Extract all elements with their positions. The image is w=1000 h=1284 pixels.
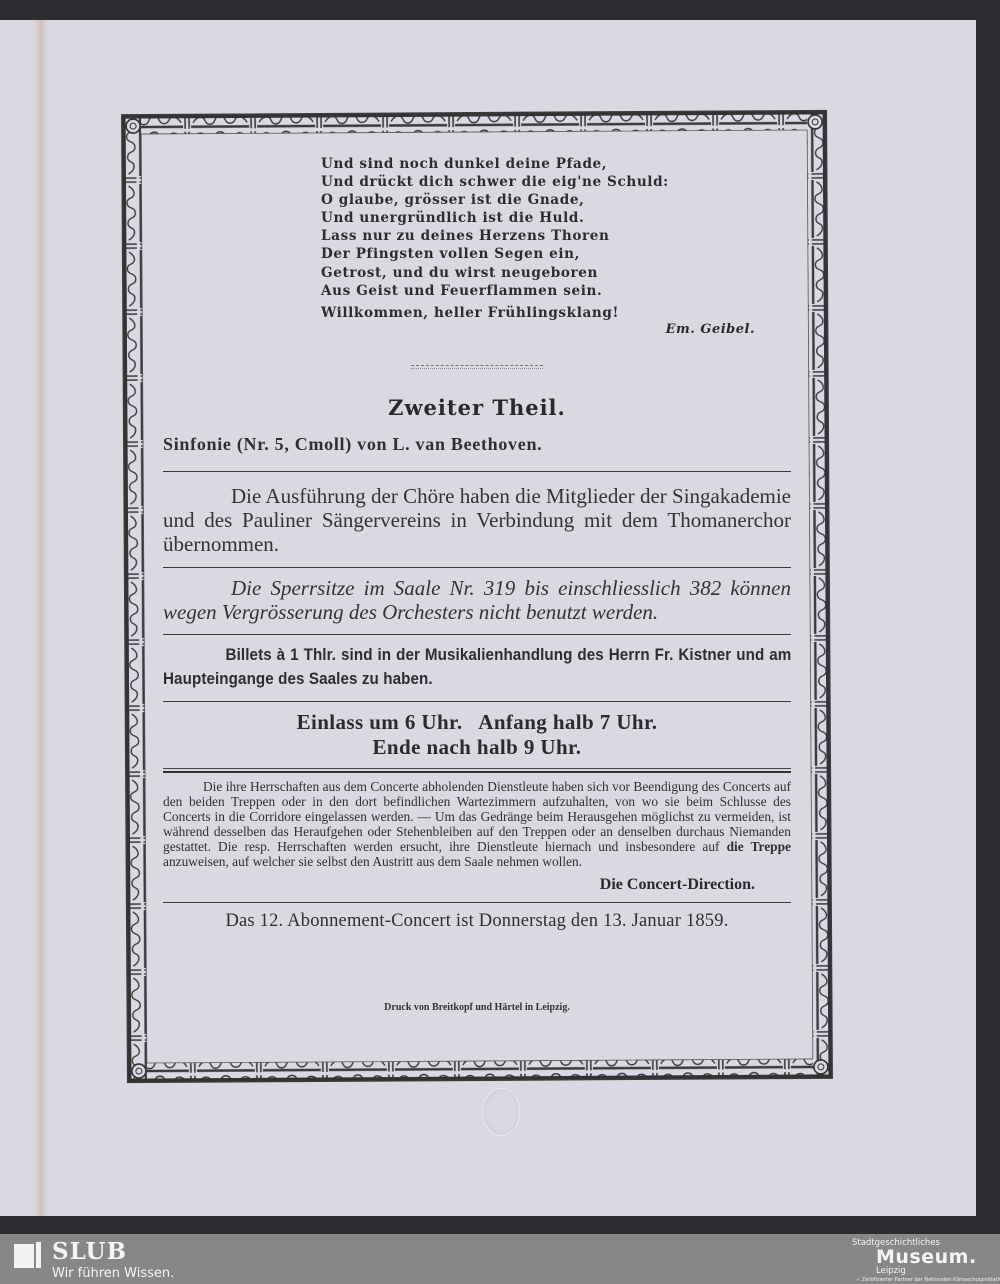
paper-fold-stain <box>34 20 48 1216</box>
slub-book-icon <box>14 1242 42 1268</box>
notice-text-end: anzuweisen, auf welcher sie selbst den A… <box>163 854 582 869</box>
section-divider <box>163 902 791 903</box>
section-divider <box>163 634 791 635</box>
notice-emphasis: die Treppe <box>727 839 791 854</box>
section-divider <box>163 701 791 702</box>
end-time: Ende nach halb 9 Uhr. <box>163 735 791 760</box>
viewer-footer: SLUB Wir führen Wissen. Stadtgeschichtli… <box>0 1234 1000 1284</box>
notice-text: Die ihre Herrschaften aus dem Concerte a… <box>163 779 791 854</box>
poem-line: Und sind noch dunkel deine Pfade, <box>321 155 791 173</box>
tickets-note: Billets à 1 Thlr. sind in der Musikalien… <box>163 643 791 691</box>
poem-line: Lass nur zu deines Herzens Thoren <box>321 227 791 245</box>
part-title: Zweiter Theil. <box>163 395 791 420</box>
double-divider <box>163 768 791 773</box>
slub-tagline: Wir führen Wissen. <box>52 1266 174 1281</box>
seats-note-text: Die Sperrsitze im Saale Nr. 319 bis eins… <box>163 576 791 624</box>
museum-certification: ✓ Zertifizierter Partner der Nationalen … <box>856 1277 1000 1283</box>
next-concert-announcement: Das 12. Abonnement-Concert ist Donnersta… <box>163 911 791 932</box>
embossed-stamp-icon <box>482 1088 520 1136</box>
poem-line: Und drückt dich schwer die eig'ne Schuld… <box>321 173 791 191</box>
admission-times: Einlass um 6 Uhr. Anfang halb 7 Uhr. <box>163 710 791 735</box>
poem-line: Aus Geist und Feuerflammen sein. <box>321 282 791 300</box>
poem-author: Em. Geibel. <box>163 322 755 337</box>
document-content: Und sind noch dunkel deine Pfade, Und dr… <box>163 155 791 1013</box>
decorative-divider <box>411 365 543 369</box>
poem: Und sind noch dunkel deine Pfade, Und dr… <box>321 155 791 322</box>
poem-line: Und unergründlich ist die Huld. <box>321 209 791 227</box>
concert-direction-signature: Die Concert-Direction. <box>163 876 755 894</box>
poem-line: O glaube, grösser ist die Gnade, <box>321 191 791 209</box>
poem-line: Der Pfingsten vollen Segen ein, <box>321 245 791 263</box>
program-piece: Sinfonie (Nr. 5, Cmoll) von L. van Beeth… <box>163 434 791 455</box>
section-divider <box>163 567 791 568</box>
seats-note: Die Sperrsitze im Saale Nr. 319 bis eins… <box>163 576 791 624</box>
museum-city: Leipzig <box>876 1266 906 1276</box>
tickets-note-text: Billets à 1 Thlr. sind in der Musikalien… <box>163 646 791 688</box>
printer-imprint: Druck von Breitkopf und Härtel in Leipzi… <box>163 1002 791 1013</box>
slub-logo-text[interactable]: SLUB <box>52 1238 127 1265</box>
poem-line: Getrost, und du wirst neugeboren <box>321 264 791 282</box>
choir-note-text: Die Ausführung der Chöre haben die Mitgl… <box>163 484 791 556</box>
choir-note: Die Ausführung der Chöre haben die Mitgl… <box>163 484 791 556</box>
poem-closing-line: Willkommen, heller Frühlingsklang! <box>321 304 791 322</box>
section-divider <box>163 471 791 472</box>
museum-name: Museum. <box>876 1246 977 1268</box>
servants-notice: Die ihre Herrschaften aus dem Concerte a… <box>163 779 791 869</box>
